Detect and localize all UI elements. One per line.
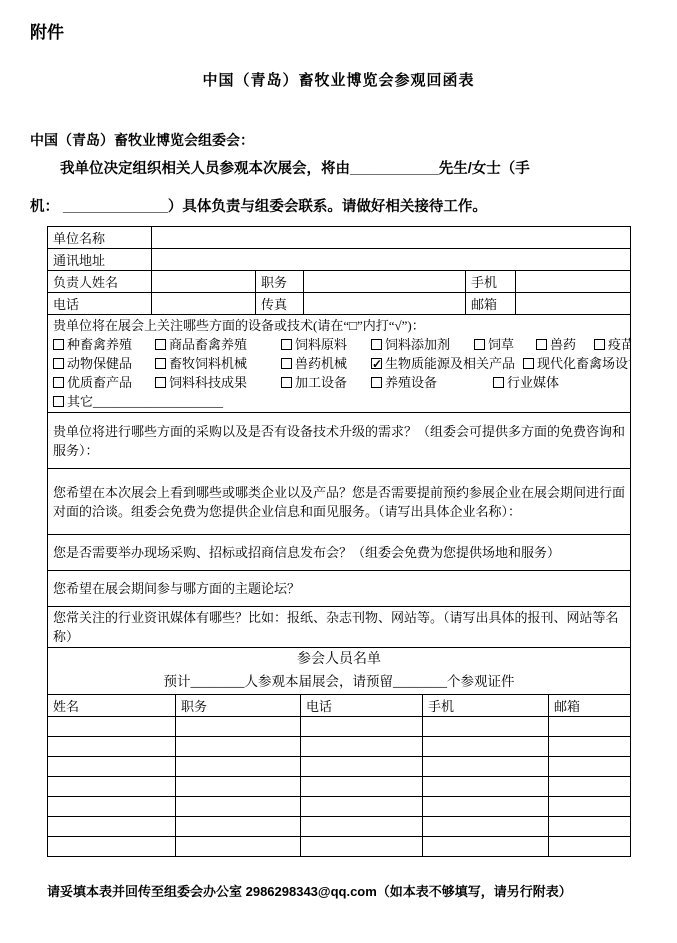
- unit-name-label: 单位名称: [48, 227, 152, 249]
- checkbox-item[interactable]: 优质畜产品: [53, 373, 155, 392]
- checkbox-label: 养殖设备: [385, 375, 437, 390]
- participant-cell[interactable]: [176, 797, 301, 817]
- participant-cell[interactable]: [301, 797, 423, 817]
- address-field[interactable]: [152, 249, 631, 271]
- participant-cell[interactable]: [48, 777, 176, 797]
- participant-cell[interactable]: [301, 717, 423, 737]
- checkbox-item[interactable]: 兽药机械: [281, 354, 371, 373]
- participant-cell[interactable]: [423, 817, 549, 837]
- checkbox-unchecked-icon[interactable]: [155, 339, 166, 350]
- participants-title: 参会人员名单: [53, 649, 625, 671]
- phone-field[interactable]: [152, 293, 256, 315]
- checkbox-unchecked-icon[interactable]: [155, 358, 166, 369]
- participant-cell[interactable]: [48, 717, 176, 737]
- checkbox-label: 饲草: [488, 337, 514, 352]
- question-cell-forum[interactable]: 您希望在展会期间参与哪方面的主题论坛？: [48, 571, 631, 607]
- participant-cell[interactable]: [176, 817, 301, 837]
- participants-header: 参会人员名单 预计________人参观本届展会，请预留________个参观证…: [48, 648, 631, 695]
- checkbox-item[interactable]: 饲料原料: [281, 335, 371, 354]
- checkbox-unchecked-icon[interactable]: [53, 339, 64, 350]
- column-header: 电话: [301, 695, 423, 717]
- checkbox-unchecked-icon[interactable]: [281, 377, 292, 388]
- checkbox-unchecked-icon[interactable]: [53, 396, 64, 407]
- phone-label: 电话: [48, 293, 152, 315]
- participant-row: [48, 837, 631, 857]
- participant-cell[interactable]: [423, 717, 549, 737]
- participants-header-row: 姓名职务电话手机邮箱: [48, 695, 631, 717]
- info-table: 单位名称 通讯地址 负责人姓名 职务 手机 电话 传真 邮箱 贵单位将在展会上关…: [47, 226, 631, 695]
- checkbox-item[interactable]: 行业媒体: [493, 373, 559, 392]
- checkbox-label: 饲料添加剂: [385, 337, 450, 352]
- checkbox-label: 行业媒体: [507, 375, 559, 390]
- checkbox-label: 种畜禽养殖: [67, 337, 132, 352]
- participant-row: [48, 737, 631, 757]
- checkbox-label: 加工设备: [295, 375, 347, 390]
- intro-paragraph: 我单位决定组织相关人员参观本次展会，将由___________先生/女士（手 机…: [30, 150, 651, 226]
- checkbox-item[interactable]: 生物质能源及相关产品: [371, 354, 523, 373]
- checkbox-item[interactable]: 畜牧饲料机械: [155, 354, 281, 373]
- intro-line1: 我单位决定组织相关人员参观本次展会，将由___________先生/女士（手: [30, 161, 530, 177]
- intro-line2: 机： _____________）具体负责与组委会联系。请做好相关接待工作。: [30, 199, 487, 215]
- checkbox-row: 种畜禽养殖商品畜禽养殖饲料原料饲料添加剂饲草兽药疫苗: [53, 335, 625, 354]
- participant-cell[interactable]: [423, 797, 549, 817]
- checkbox-label: 商品畜禽养殖: [169, 337, 247, 352]
- participant-cell[interactable]: [549, 717, 631, 737]
- question-cell-media[interactable]: 您常关注的行业资讯媒体有哪些？比如：报纸、杂志刊物、网站等。（请写出具体的报刊、…: [48, 607, 631, 648]
- email-label: 邮箱: [466, 293, 516, 315]
- checkbox-unchecked-icon[interactable]: [281, 339, 292, 350]
- contact-name-label: 负责人姓名: [48, 271, 152, 293]
- checkbox-row: 其它____________________: [53, 392, 625, 411]
- checkbox-unchecked-icon[interactable]: [371, 339, 382, 350]
- attachment-label: 附件: [30, 18, 677, 43]
- participant-cell[interactable]: [301, 837, 423, 857]
- participant-cell[interactable]: [301, 817, 423, 837]
- participant-row: [48, 757, 631, 777]
- checkbox-unchecked-icon[interactable]: [536, 339, 547, 350]
- interests-section: 贵单位将在展会上关注哪些方面的设备或技术(请在“□”内打“√”)： 种畜禽养殖商…: [48, 315, 631, 413]
- participant-cell[interactable]: [423, 837, 549, 857]
- checkbox-label: 动物保健品: [67, 356, 132, 371]
- checkbox-item[interactable]: 疫苗: [594, 335, 631, 354]
- participant-row: [48, 777, 631, 797]
- checkbox-unchecked-icon[interactable]: [53, 377, 64, 388]
- question-cell-companies[interactable]: 您希望在本次展会上看到哪些或哪类企业以及产品？您是否需要提前预约参展企业在展会期…: [48, 469, 631, 535]
- checkbox-row: 优质畜产品饲料科技成果加工设备养殖设备行业媒体: [53, 373, 625, 392]
- checkbox-item[interactable]: 养殖设备: [371, 373, 493, 392]
- participant-cell[interactable]: [176, 757, 301, 777]
- participant-cell[interactable]: [176, 737, 301, 757]
- checkbox-label: 生物质能源及相关产品: [385, 356, 515, 371]
- checkbox-label: 其它: [67, 394, 93, 409]
- checkbox-unchecked-icon[interactable]: [474, 339, 485, 350]
- page: 附件 中国（青岛）畜牧业博览会参观回函表 中国（青岛）畜牧业博览会组委会： 我单…: [0, 0, 677, 943]
- checkbox-rows: 种畜禽养殖商品畜禽养殖饲料原料饲料添加剂饲草兽药疫苗动物保健品畜牧饲料机械兽药机…: [53, 335, 625, 392]
- checkbox-row: 动物保健品畜牧饲料机械兽药机械生物质能源及相关产品现代化畜禽场设计: [53, 354, 625, 373]
- checkbox-unchecked-icon[interactable]: [371, 377, 382, 388]
- participant-cell[interactable]: [48, 757, 176, 777]
- page-title: 中国（青岛）畜牧业博览会参观回函表: [0, 69, 677, 90]
- checkbox-item[interactable]: 饲草: [474, 335, 536, 354]
- checkbox-checked-icon[interactable]: [371, 358, 382, 369]
- participant-cell[interactable]: [423, 757, 549, 777]
- participant-cell[interactable]: [176, 777, 301, 797]
- checkbox-label: 疫苗: [608, 337, 631, 352]
- job-title-label: 职务: [256, 271, 304, 293]
- column-header: 邮箱: [549, 695, 631, 717]
- participant-cell[interactable]: [549, 817, 631, 837]
- participant-cell[interactable]: [549, 757, 631, 777]
- interests-prompt: 贵单位将在展会上关注哪些方面的设备或技术(请在“□”内打“√”)：: [53, 316, 625, 335]
- checkbox-label: 优质畜产品: [67, 375, 132, 390]
- participant-cell[interactable]: [423, 737, 549, 757]
- checkbox-label: 畜牧饲料机械: [169, 356, 247, 371]
- email-field[interactable]: [516, 293, 631, 315]
- checkbox-item[interactable]: 饲料科技成果: [155, 373, 281, 392]
- checkbox-item[interactable]: 加工设备: [281, 373, 371, 392]
- salutation: 中国（青岛）畜牧业博览会组委会：: [30, 130, 677, 150]
- mobile-field[interactable]: [516, 271, 631, 293]
- other-blank-line[interactable]: ____________________: [93, 394, 223, 409]
- checkbox-item[interactable]: 商品畜禽养殖: [155, 335, 281, 354]
- participant-cell[interactable]: [48, 797, 176, 817]
- participant-cell[interactable]: [301, 757, 423, 777]
- checkbox-unchecked-icon[interactable]: [155, 377, 166, 388]
- footer-note: 请妥填本表并回传至组委会办公室 2986298343@qq.com（如本表不够填…: [47, 881, 657, 900]
- job-title-field[interactable]: [304, 271, 466, 293]
- checkbox-item-other[interactable]: 其它____________________: [53, 392, 223, 411]
- checkbox-item[interactable]: 饲料添加剂: [371, 335, 474, 354]
- checkbox-label: 现代化畜禽场设计: [537, 356, 631, 371]
- checkbox-label: 兽药机械: [295, 356, 347, 371]
- participant-cell[interactable]: [549, 797, 631, 817]
- fax-field[interactable]: [304, 293, 466, 315]
- checkbox-item[interactable]: 动物保健品: [53, 354, 155, 373]
- participant-cell[interactable]: [176, 837, 301, 857]
- participant-row: [48, 717, 631, 737]
- checkbox-unchecked-icon[interactable]: [594, 339, 605, 350]
- address-label: 通讯地址: [48, 249, 152, 271]
- checkbox-unchecked-icon[interactable]: [523, 358, 534, 369]
- checkbox-label: 兽药: [550, 337, 576, 352]
- participant-cell[interactable]: [549, 777, 631, 797]
- checkbox-label: 饲料原料: [295, 337, 347, 352]
- participant-cell[interactable]: [549, 837, 631, 857]
- checkbox-unchecked-icon[interactable]: [53, 358, 64, 369]
- participant-cell[interactable]: [48, 737, 176, 757]
- participant-cell[interactable]: [423, 777, 549, 797]
- participant-cell[interactable]: [176, 717, 301, 737]
- checkbox-unchecked-icon[interactable]: [493, 377, 504, 388]
- participant-row: [48, 817, 631, 837]
- fax-label: 传真: [256, 293, 304, 315]
- checkbox-label: 饲料科技成果: [169, 375, 247, 390]
- participant-cell[interactable]: [48, 817, 176, 837]
- unit-name-field[interactable]: [152, 227, 631, 249]
- checkbox-item[interactable]: 兽药: [536, 335, 594, 354]
- checkbox-item[interactable]: 现代化畜禽场设计: [523, 354, 631, 373]
- participant-cell[interactable]: [301, 777, 423, 797]
- participant-cell[interactable]: [549, 737, 631, 757]
- participants-note: 预计________人参观本届展会，请预留________个参观证件: [53, 671, 625, 693]
- participants-table: 姓名职务电话手机邮箱: [47, 694, 631, 857]
- participant-cell[interactable]: [301, 737, 423, 757]
- checkbox-unchecked-icon[interactable]: [281, 358, 292, 369]
- contact-name-field[interactable]: [152, 271, 256, 293]
- participant-cell[interactable]: [48, 837, 176, 857]
- participant-row: [48, 797, 631, 817]
- checkbox-item[interactable]: 种畜禽养殖: [53, 335, 155, 354]
- column-header: 手机: [423, 695, 549, 717]
- question-cell-procurement[interactable]: 贵单位将进行哪些方面的采购以及是否有设备技术升级的需求？（组委会可提供多方面的免…: [48, 413, 631, 469]
- column-header: 姓名: [48, 695, 176, 717]
- mobile-label: 手机: [466, 271, 516, 293]
- question-cell-press-conference[interactable]: 您是否需要举办现场采购、招标或招商信息发布会？（组委会免费为您提供场地和服务）: [48, 535, 631, 571]
- column-header: 职务: [176, 695, 301, 717]
